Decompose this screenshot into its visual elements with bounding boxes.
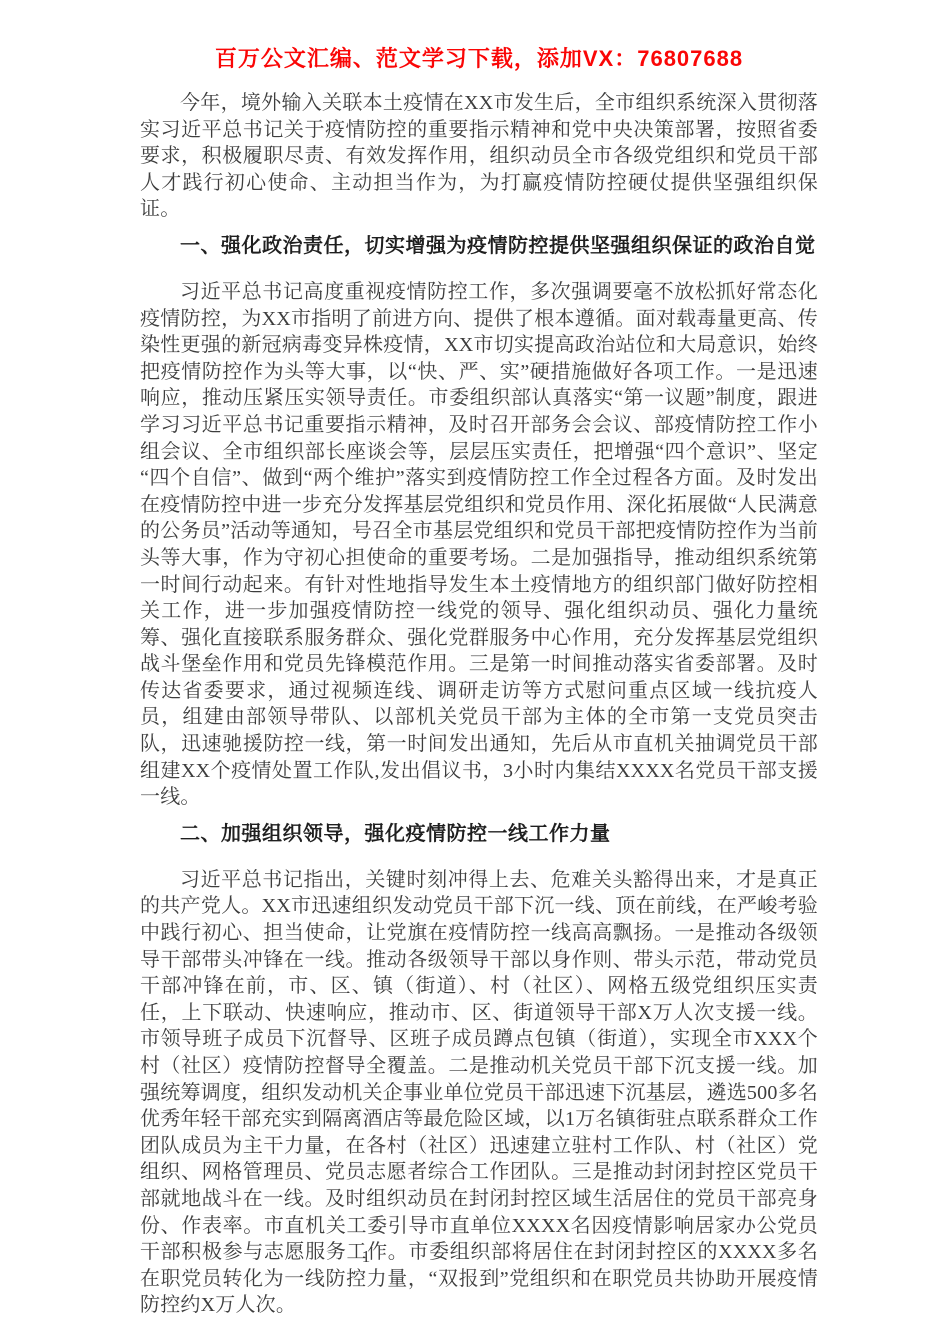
document-page: 百万公文汇编、范文学习下载，添加VX：76807688 今年，境外输入关联本土疫… [0,0,950,1344]
page-number: 1 [356,1246,376,1268]
intro-paragraph: 今年，境外输入关联本土疫情在XX市发生后，全市组织系统深入贯彻落实习近平总书记关… [140,90,818,223]
section-2-paragraph: 习近平总书记指出，关键时刻冲得上去、危难关头豁得出来，才是真正的共产党人。XX市… [140,867,818,1319]
promo-banner: 百万公文汇编、范文学习下载，添加VX：76807688 [140,44,818,74]
content-column: 百万公文汇编、范文学习下载，添加VX：76807688 今年，境外输入关联本土疫… [140,44,818,1319]
section-heading-1: 一、强化政治责任，切实增强为疫情防控提供坚强组织保证的政治自觉 [140,232,818,260]
section-1-paragraph: 习近平总书记高度重视疫情防控工作，多次强调要毫不放松抓好常态化疫情防控，为XX市… [140,279,818,811]
section-heading-2: 二、加强组织领导，强化疫情防控一线工作力量 [140,820,818,848]
